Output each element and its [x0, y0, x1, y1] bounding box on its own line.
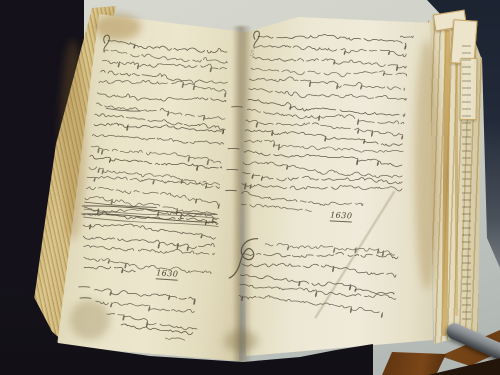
paper-stain: [414, 40, 440, 290]
paper-stain: [70, 300, 110, 340]
paper-stain: [224, 330, 258, 352]
paper-stain: [95, 14, 141, 40]
book-gutter-shadow: [232, 26, 252, 362]
paper-stain: [60, 40, 86, 240]
left-page-date: 1630: [156, 269, 179, 281]
fore-edge-stain-streak: [455, 46, 458, 316]
gutter-margin-mark: 5: [250, 50, 254, 58]
edge-writing-marks: [462, 40, 471, 320]
right-page: [243, 15, 435, 360]
right-page-date: 1630: [330, 211, 353, 222]
photo-manuscript-book: 1630 1630 5: [0, 0, 500, 375]
